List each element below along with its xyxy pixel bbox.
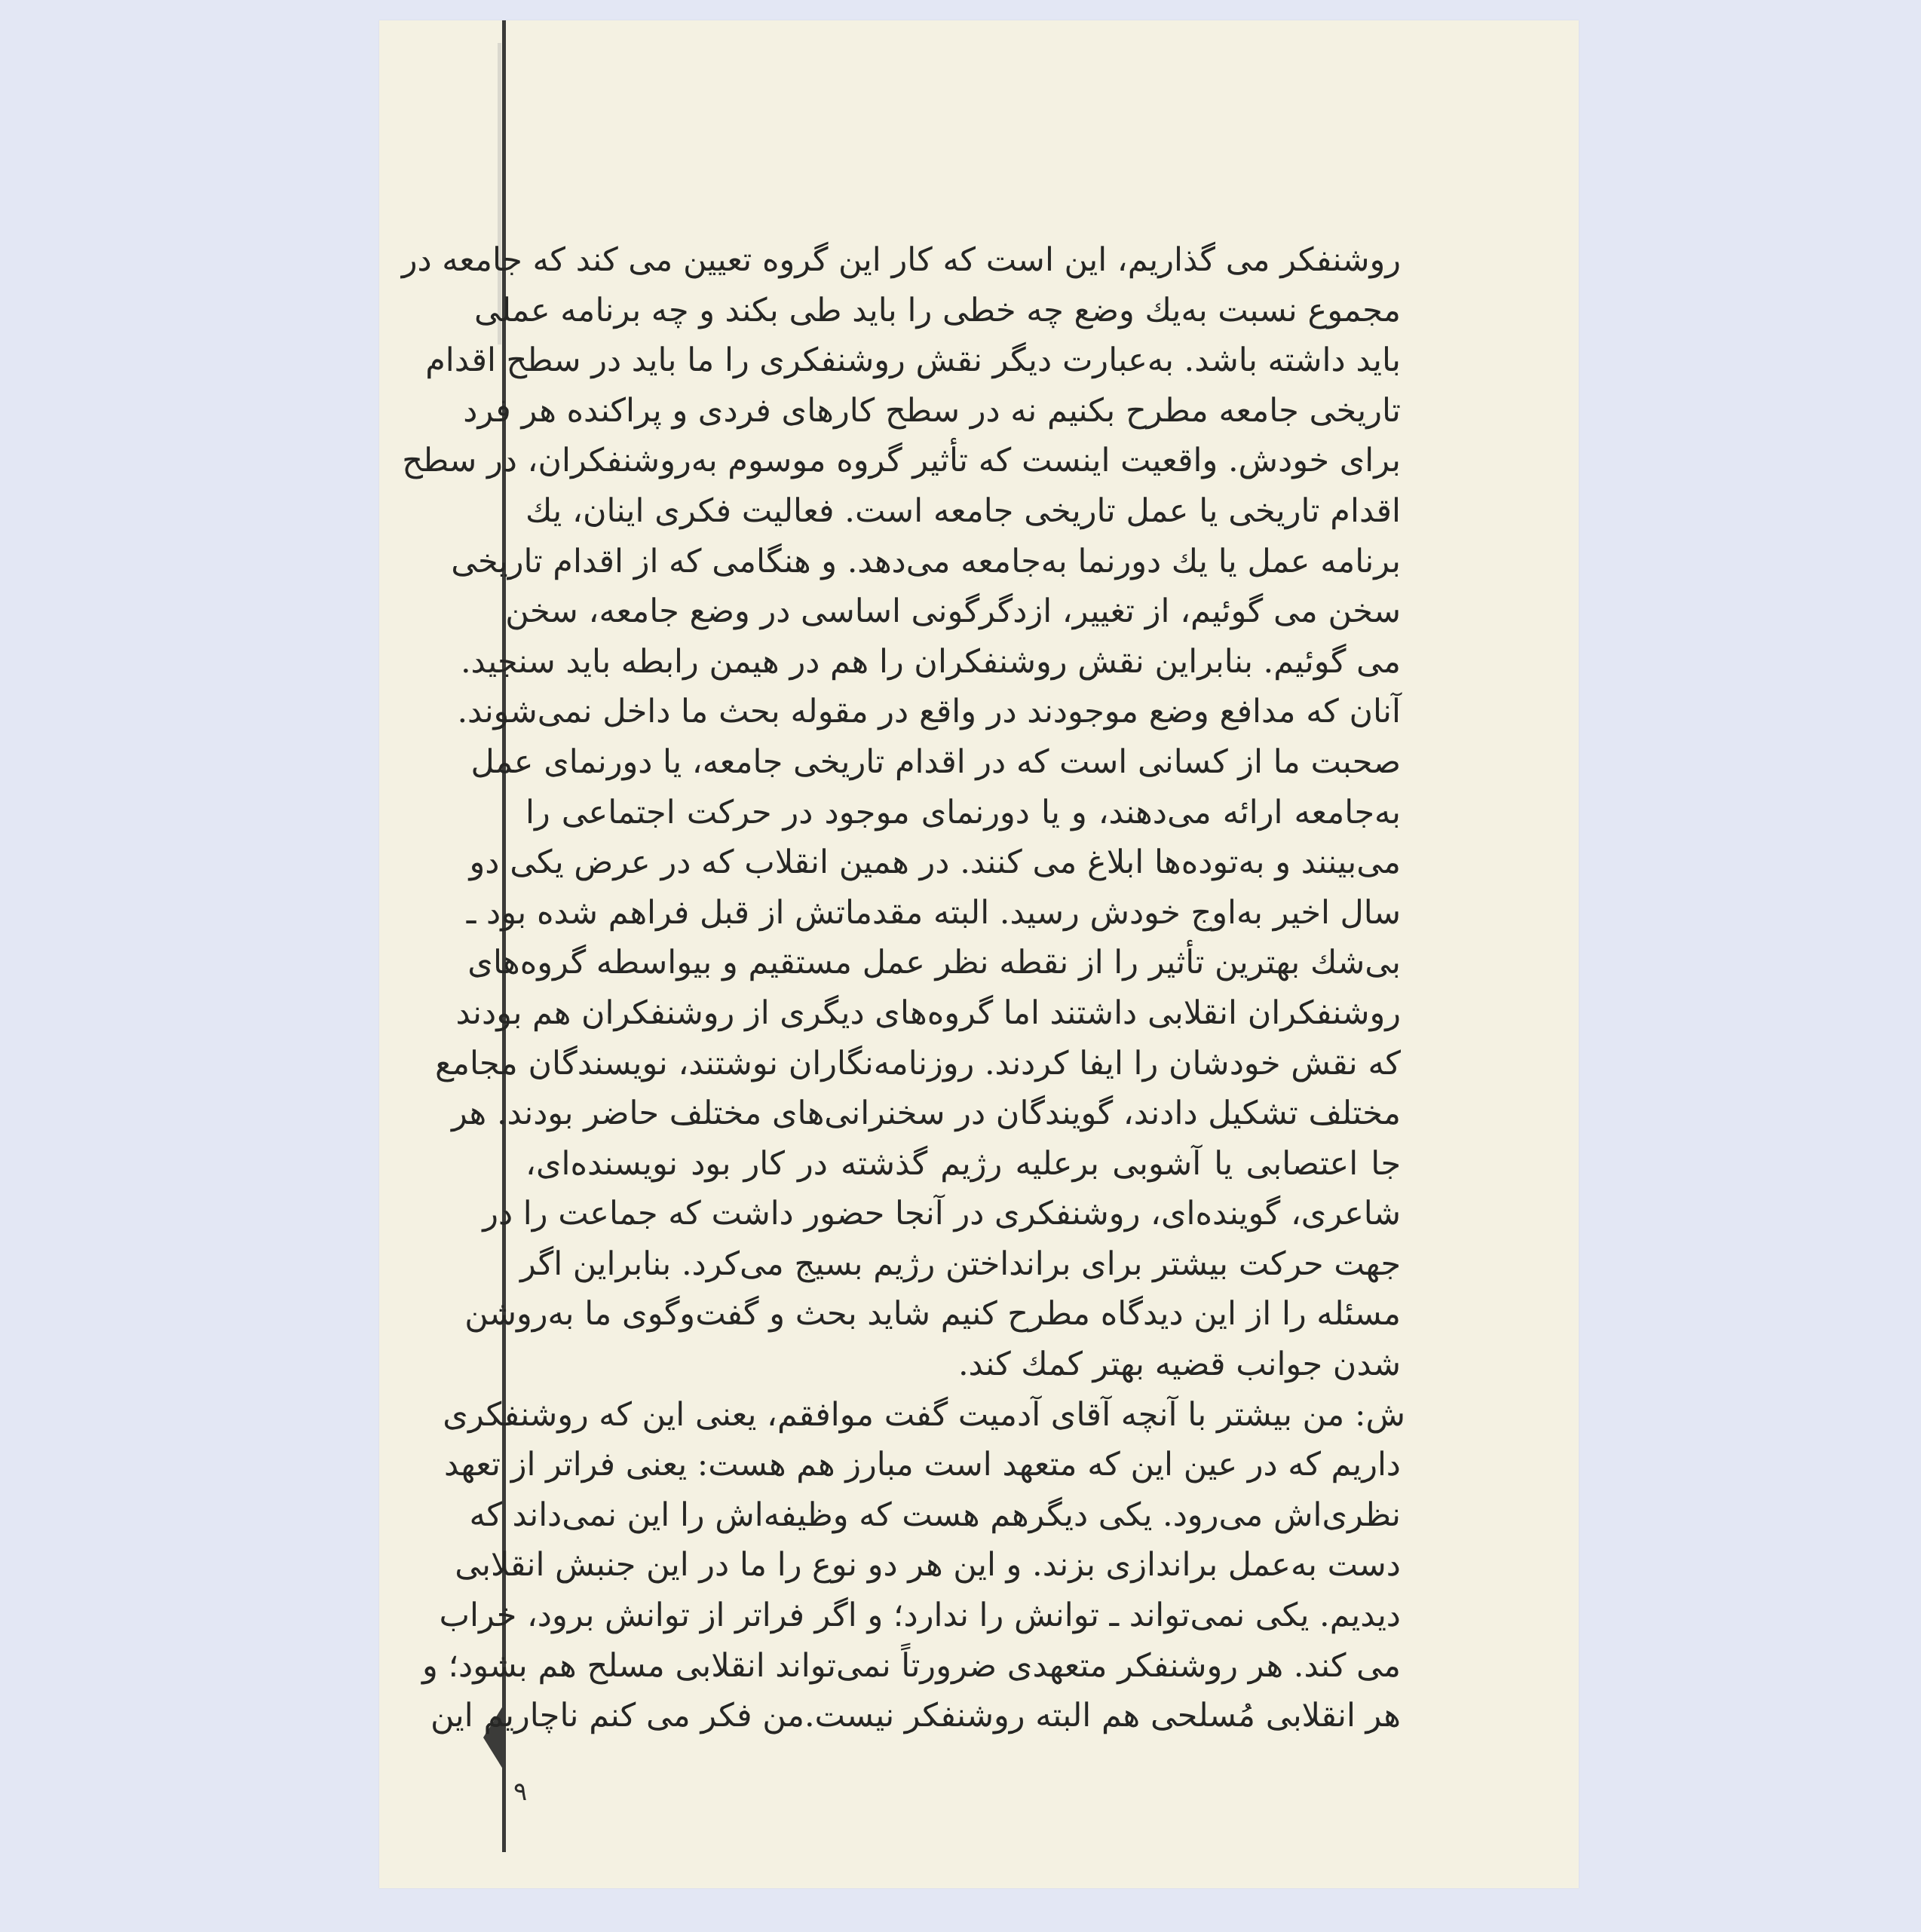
text-line: باید داشته باشد. به‌عبارت دیگر نقش روشنف…: [525, 335, 1401, 386]
text-line: بی‌شك بهترین تأثیر را از نقطه نظر عمل مس…: [525, 938, 1401, 988]
page-number: ۹: [513, 1777, 527, 1807]
text-line: هر انقلابی مُسلحی هم البته روشنفکر نیست.…: [525, 1691, 1401, 1741]
paragraph-end-line: شدن جوانب قضیه بهتر کمك کند.: [525, 1340, 1401, 1390]
text-line: مسئله را از این دیدگاه مطرح کنیم شاید بح…: [525, 1289, 1401, 1340]
text-line: آنان که مدافع وضع موجودند در واقع در مقو…: [525, 687, 1401, 737]
text-line: جهت حرکت بیشتر برای برانداختن رژیم بسیج …: [525, 1239, 1401, 1290]
text-line: روشنفکر می گذاریم، این است که کار این گر…: [525, 235, 1401, 286]
text-line: صحبت ما از کسانی است که در اقدام تاریخی …: [525, 737, 1401, 788]
scanned-book-page: ۹ روشنفکر می گذاریم، این است که کار این …: [379, 20, 1579, 1888]
text-line: روشنفکران انقلابی داشتند اما گروه‌های دی…: [525, 988, 1401, 1039]
text-line: که نقش خودشان را ایفا کردند. روزنامه‌نگا…: [525, 1039, 1401, 1089]
text-line: سخن می گوئیم، از تغییر، ازدگرگونی اساسی …: [525, 586, 1401, 637]
body-text: روشنفکر می گذاریم، این است که کار این گر…: [525, 235, 1401, 1741]
text-line: می کند. هر روشنفکر متعهدی ضرورتاً نمی‌تو…: [525, 1641, 1401, 1692]
text-line: می گوئیم. بنابراین نقش روشنفکران را هم د…: [525, 637, 1401, 687]
text-line: برای خودش. واقعیت اینست که تأثیر گروه مو…: [525, 436, 1401, 486]
text-line: سال اخیر به‌اوج خودش رسید. البته مقدماتش…: [525, 888, 1401, 938]
text-line: اقدام تاریخی یا عمل تاریخی جامعه است. فع…: [525, 486, 1401, 537]
speaker-line: ش: من بیشتر با آنچه آقای آدمیت گفت موافق…: [525, 1390, 1405, 1441]
text-line: نظری‌اش می‌رود. یکی دیگرهم هست که وظیفه‌…: [525, 1490, 1401, 1541]
text-line: شاعری، گوینده‌ای، روشنفکری در آنجا حضور …: [525, 1189, 1401, 1239]
text-line: مجموع نسبت به‌یك وضع چه خطی را باید طی ب…: [525, 286, 1401, 336]
text-line: دست به‌عمل براندازی بزند. و این هر دو نو…: [525, 1540, 1401, 1591]
text-line: برنامه عمل یا یك دورنما به‌جامعه می‌دهد.…: [525, 537, 1401, 587]
text-line: تاریخی جامعه مطرح بکنیم نه در سطح کارهای…: [525, 386, 1401, 436]
text-line: می‌بینند و به‌توده‌ها ابلاغ می کنند. در …: [525, 837, 1401, 888]
text-line: دیدیم. یکی نمی‌تواند ـ توانش را ندارد؛ و…: [525, 1591, 1401, 1641]
text-line: جا اعتصابی یا آشوبی برعلیه رژیم گذشته در…: [525, 1139, 1401, 1190]
text-line: داریم که در عین این که متعهد است مبارز ه…: [525, 1440, 1401, 1490]
text-line: به‌جامعه ارائه می‌دهند، و یا دورنمای موج…: [525, 788, 1401, 838]
text-line: مختلف تشکیل دادند، گویندگان در سخنرانی‌ه…: [525, 1088, 1401, 1139]
